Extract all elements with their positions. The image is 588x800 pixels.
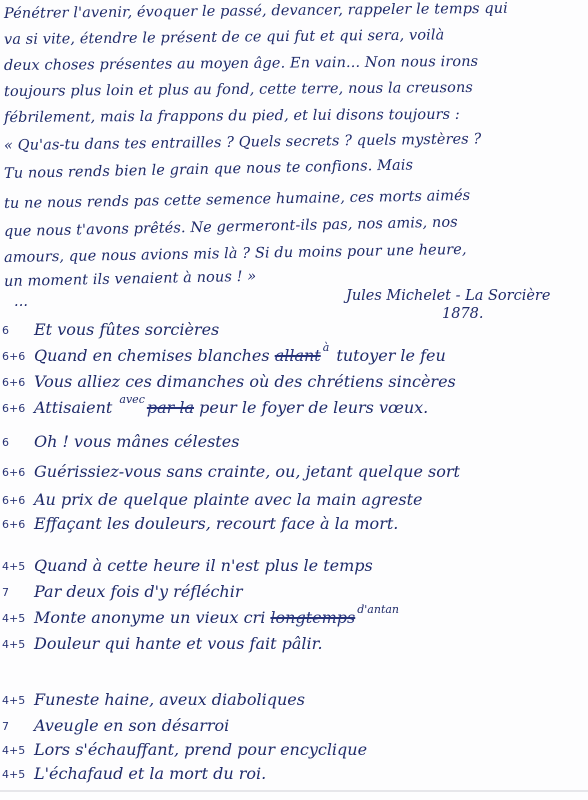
- verse-text: Funeste haine, aveux diaboliques: [34, 690, 305, 709]
- epigraph-ellipsis: ...: [14, 294, 28, 310]
- syllable-count: 6+6: [2, 402, 32, 415]
- verse-text: Aveugle en son désarroi: [34, 716, 229, 735]
- syllable-count: 4+5: [2, 694, 32, 707]
- epigraph-line: deux choses présentes au moyen âge. En v…: [4, 54, 478, 74]
- verse-text: Lors s'échauffant, prend pour encyclique: [34, 740, 367, 759]
- verse-text: Quand à cette heure il n'est plus le tem…: [34, 556, 373, 575]
- verse-fragment: Monte anonyme un vieux cri: [34, 608, 270, 627]
- epigraph-line: fébrilement, mais la frappons du pied, e…: [4, 107, 460, 126]
- epigraph-line: un moment ils venaient à nous ! »: [4, 269, 257, 290]
- epigraph-line: Pénétrer l'avenir, évoquer le passé, dev…: [4, 1, 508, 22]
- epigraph-line: Tu nous rends bien le grain que nous te …: [4, 157, 413, 182]
- syllable-count: 4+5: [2, 612, 32, 625]
- verse-text: Guérissiez-vous sans crainte, ou, jetant…: [34, 462, 460, 481]
- struck-word: longtemps: [270, 608, 355, 627]
- epigraph-line: que nous t'avons prêtés. Ne germeront-il…: [4, 214, 458, 240]
- syllable-count: 6: [2, 324, 32, 337]
- syllable-count: 4+5: [2, 744, 32, 757]
- syllable-count: 7: [2, 720, 32, 733]
- struck-word: par la: [147, 398, 194, 417]
- scan-edge-divider: [0, 790, 588, 792]
- syllable-count: 6+6: [2, 350, 32, 363]
- syllable-count: 6+6: [2, 494, 32, 507]
- epigraph-line: toujours plus loin et plus au fond, cett…: [4, 80, 473, 100]
- attribution-year: 1878.: [442, 306, 484, 322]
- inserted-word: à: [323, 341, 330, 354]
- syllable-count: 6+6: [2, 376, 32, 389]
- verse-text: Douleur qui hante et vous fait pâlir.: [34, 634, 323, 653]
- verse-text: Monte anonyme un vieux cri longtempsd'an…: [34, 608, 401, 627]
- manuscript-page: Pénétrer l'avenir, évoquer le passé, dev…: [0, 0, 588, 800]
- verse-text: Quand en chemises blanches allantà tutoy…: [34, 346, 446, 365]
- inserted-word: d'antan: [357, 603, 399, 616]
- verse-fragment: Quand en chemises blanches: [34, 346, 275, 365]
- attribution: Jules Michelet - La Sorcière: [346, 288, 550, 304]
- syllable-count: 4+5: [2, 768, 32, 781]
- syllable-count: 4+5: [2, 638, 32, 651]
- syllable-count: 6+6: [2, 518, 32, 531]
- verse-fragment: Attisaient: [34, 398, 117, 417]
- verse-text: L'échafaud et la mort du roi.: [34, 764, 266, 783]
- verse-text: Au prix de quelque plainte avec la main …: [34, 490, 422, 509]
- epigraph-line: tu ne nous rends pas cette semence humai…: [4, 188, 471, 212]
- syllable-count: 6: [2, 436, 32, 449]
- struck-word: allant: [275, 346, 321, 365]
- verse-text: Effaçant les douleurs, recourt face à la…: [34, 514, 398, 533]
- syllable-count: 4+5: [2, 560, 32, 573]
- syllable-count: 7: [2, 586, 32, 599]
- verse-fragment: peur le foyer de leurs vœux.: [194, 398, 428, 417]
- inserted-word: avec: [119, 393, 144, 406]
- verse-text: Et vous fûtes sorcières: [34, 320, 219, 339]
- epigraph-line: va si vite, étendre le présent de ce qui…: [4, 27, 445, 48]
- verse-text: Oh ! vous mânes célestes: [34, 432, 239, 451]
- verse-text: Attisaient avecpar la peur le foyer de l…: [34, 398, 428, 417]
- epigraph-line: amours, que nous avions mis là ? Si du m…: [4, 242, 467, 266]
- verse-text: Par deux fois d'y réfléchir: [34, 582, 242, 601]
- verse-text: Vous alliez ces dimanches où des chrétie…: [34, 372, 456, 391]
- epigraph-line: « Qu'as-tu dans tes entrailles ? Quels s…: [4, 131, 482, 154]
- syllable-count: 6+6: [2, 466, 32, 479]
- verse-fragment: tutoyer le feu: [331, 346, 446, 365]
